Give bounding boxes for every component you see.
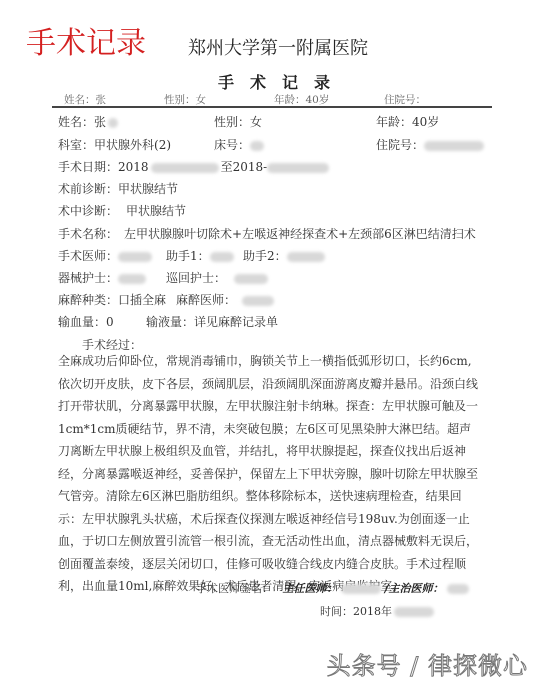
attending-physician-label: /主治医师： [385, 582, 444, 595]
field-infusion: 输液量：详见麻醉记录单 [146, 313, 278, 330]
field-circulating-nurse: 巡回护士： [166, 269, 268, 286]
field-admission: 住院号： [376, 136, 484, 153]
overlay-title: 手术记录 [26, 18, 146, 62]
field-anesthesia-type: 麻醉种类：口插全麻 [58, 291, 166, 308]
field-gender: 性别：女 [214, 113, 262, 130]
field-preop-dx: 术前诊断：甲状腺结节 [58, 180, 178, 197]
field-assistant2: 助手2： [243, 247, 325, 264]
watermark: 头条号 / 律探微心 [327, 646, 528, 681]
header-rule [52, 106, 492, 108]
field-age: 年龄：40岁 [376, 113, 439, 130]
field-scrub-nurse: 器械护士： [58, 269, 146, 286]
chief-physician-label: 主任医师： [283, 582, 338, 595]
field-surgery-name: 手术名称：左甲状腺腺叶切除术+左喉返神经探查术+左颈部6区淋巴结清扫术 [58, 225, 476, 242]
field-bed: 床号： [214, 136, 264, 153]
header-age: 年龄：40岁 [274, 92, 329, 107]
field-anesthesiologist: 麻醉医师： [176, 291, 274, 308]
field-transfusion: 输血量：0 [58, 313, 114, 330]
header-name: 姓名：张 [64, 92, 106, 107]
field-surgeon: 手术医师： [58, 247, 152, 264]
field-surgery-date: 手术日期：2018至2018- [58, 158, 329, 175]
signature-line: 手术医师签名： 主任医师： /主治医师： [196, 580, 469, 596]
hospital-name: 郑州大学第一附属医院 [188, 34, 368, 60]
field-intraop-dx: 术中诊断：甲状腺结节 [58, 202, 186, 219]
procedure-text: 全麻成功后仰卧位，常规消毒铺巾，胸锁关节上一横指低弧形切口，长约6cm,依次切开… [58, 350, 478, 598]
signature-time: 时间：2018年 [320, 603, 434, 619]
header-admission: 住院号： [384, 92, 426, 107]
field-dept: 科室：甲状腺外科(2) [58, 136, 171, 153]
field-name: 姓名：张 [58, 113, 118, 130]
field-assistant1: 助手1： [166, 247, 234, 264]
document-title: 手术记录 [218, 70, 346, 93]
header-gender: 性别：女 [164, 92, 206, 107]
